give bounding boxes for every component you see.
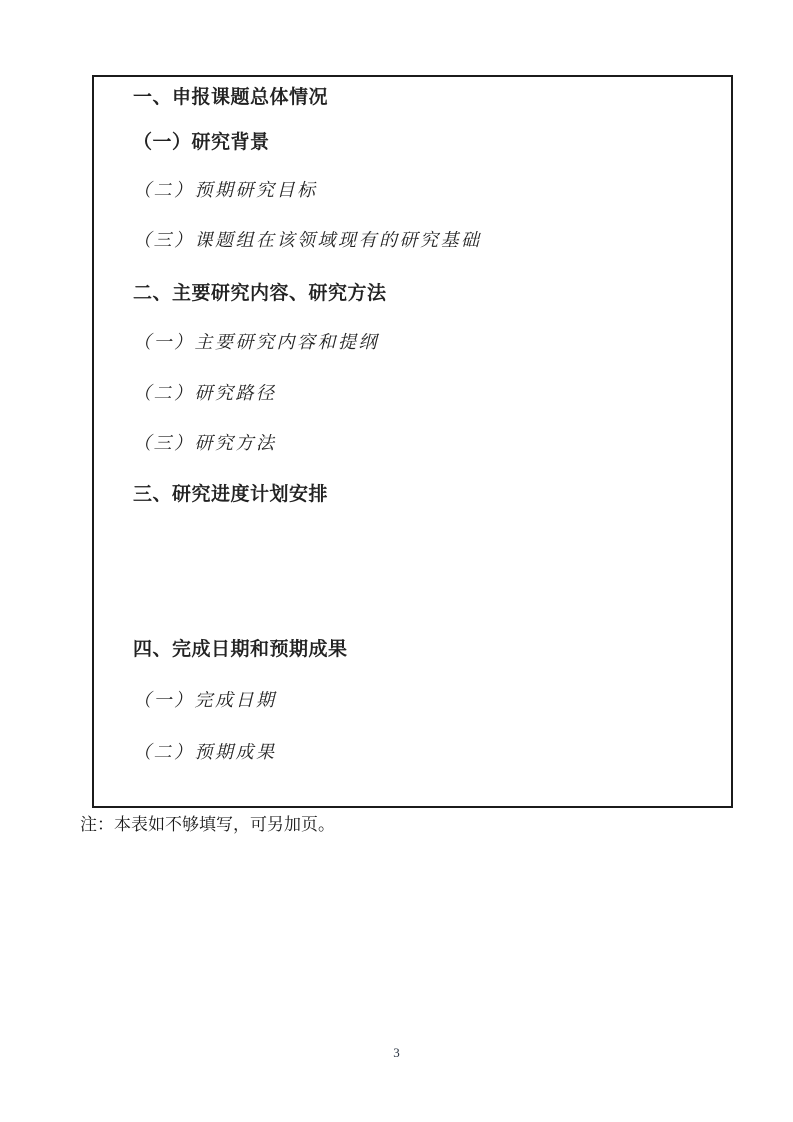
outline-sub-4-2: （二）预期成果: [133, 743, 277, 764]
outline-heading-1: 一、申报课题总体情况: [133, 87, 328, 109]
outline-sub-4-1: （一）完成日期: [133, 691, 277, 712]
outline-box: 一、申报课题总体情况 （一）研究背景 （二）预期研究目标 （三）课题组在该领域现…: [92, 75, 733, 808]
form-note: 注：本表如不够填写，可另加页。: [80, 810, 335, 835]
outline-sub-2-2: （二）研究路径: [133, 384, 277, 405]
outline-sub-1-3: （三）课题组在该领域现有的研究基础: [133, 231, 482, 252]
outline-sub-1-1: （一）研究背景: [133, 132, 270, 154]
outline-sub-2-1: （一）主要研究内容和提纲: [133, 333, 379, 354]
page-number: 3: [0, 1045, 793, 1061]
outline-heading-2: 二、主要研究内容、研究方法: [133, 283, 387, 305]
outline-sub-2-3: （三）研究方法: [133, 434, 277, 455]
outline-sub-1-2: （二）预期研究目标: [133, 181, 318, 202]
outline-heading-3: 三、研究进度计划安排: [133, 484, 328, 506]
document-page: 一、申报课题总体情况 （一）研究背景 （二）预期研究目标 （三）课题组在该领域现…: [0, 0, 793, 1122]
outline-heading-4: 四、完成日期和预期成果: [133, 639, 348, 661]
